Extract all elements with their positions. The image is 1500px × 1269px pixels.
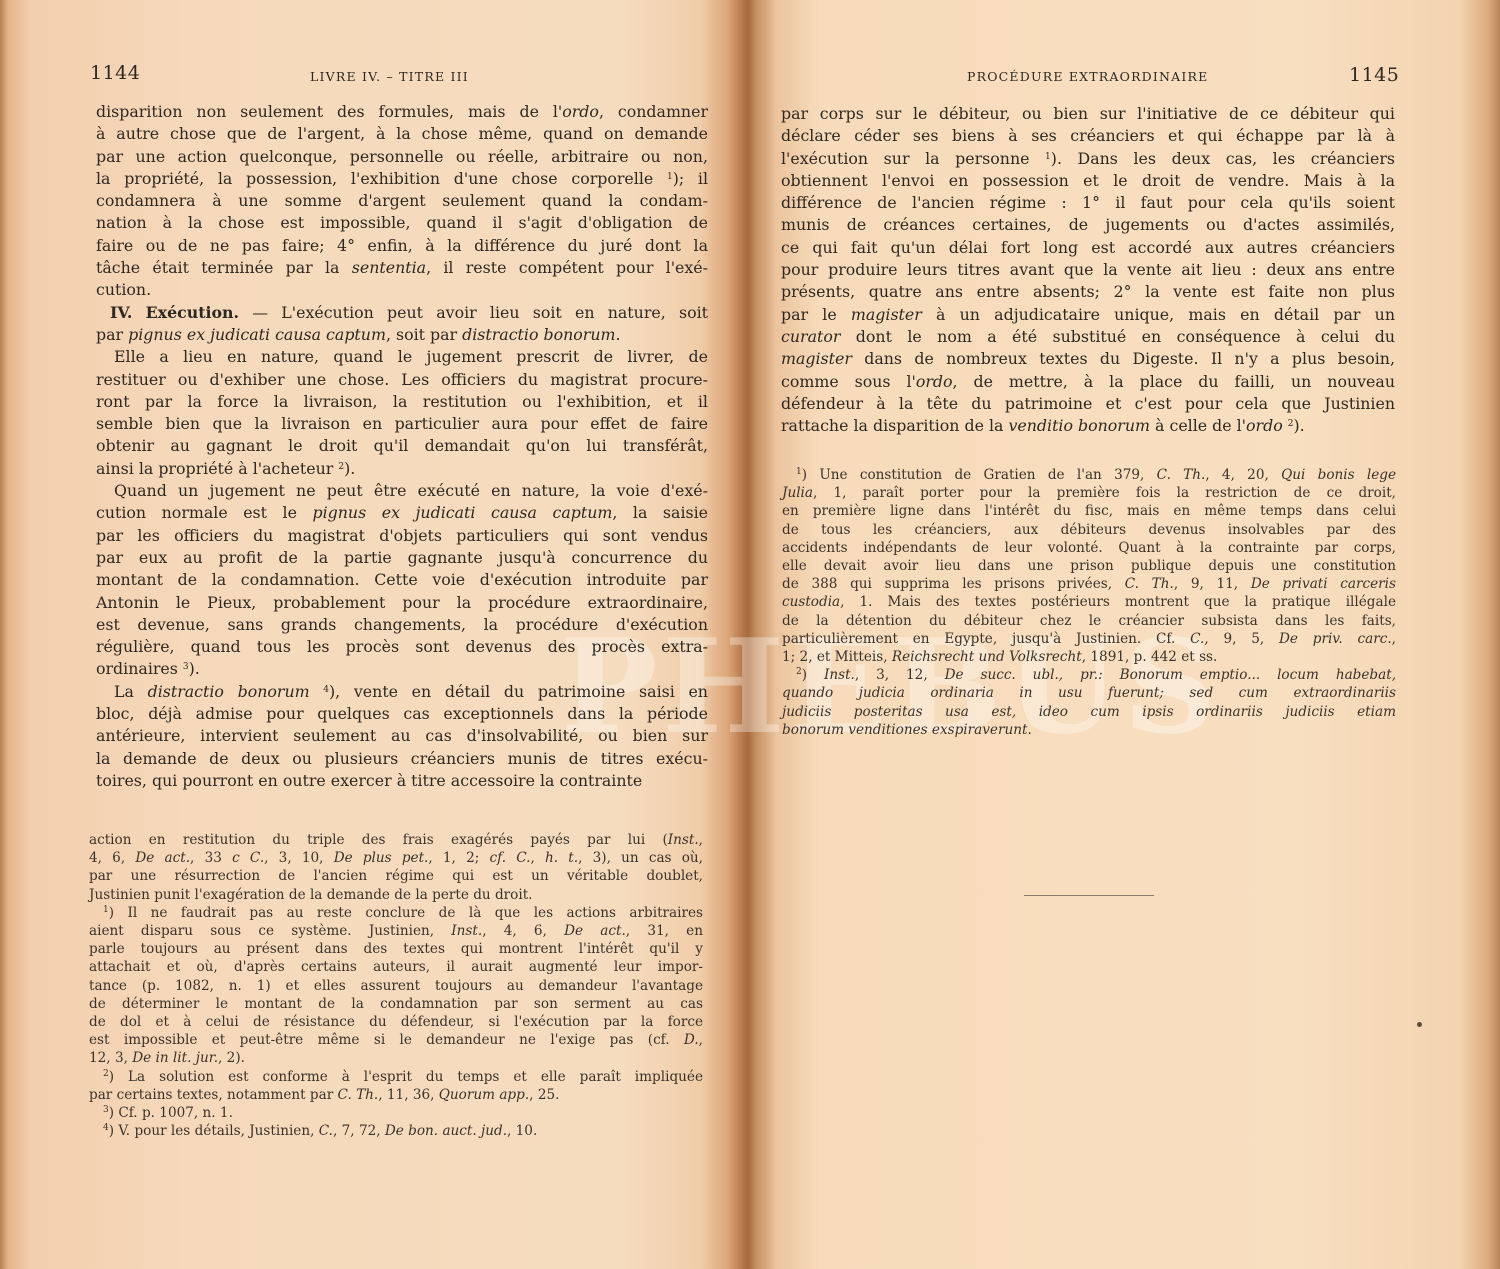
text-line: l'exécution sur la personne 1). Dans les…: [781, 148, 1395, 170]
text-line: accidents indépendants de leur volonté. …: [782, 539, 1396, 557]
text-line: ordinaires 3).: [96, 658, 708, 680]
text-line: ainsi la propriété à l'acheteur 2).: [96, 458, 708, 480]
text-line: Julia, 1, paraît porter pour la première…: [782, 484, 1396, 502]
footnote-marker: 2: [103, 1069, 109, 1079]
text-line: obtiennent l'envoi en possession et le d…: [781, 170, 1395, 192]
text-line: tance (p. 1082, n. 1) et elles assurent …: [89, 977, 703, 995]
text-line: ront par la force la livraison, la resti…: [96, 391, 708, 413]
main-text: disparition non seulement des formules, …: [96, 101, 708, 792]
footnote-continuation: action en restitution du triple des frai…: [89, 831, 703, 904]
main-text: par corps sur le débiteur, ou bien sur l…: [781, 103, 1395, 437]
text-line: aient disparu sous ce système. Justinien…: [89, 922, 703, 940]
text-line: parle toujours au présent dans des texte…: [89, 940, 703, 958]
text-line: 4) V. pour les détails, Justinien, C., 7…: [89, 1122, 703, 1140]
footnote-marker: 3: [103, 1105, 109, 1115]
paragraph-nature: Elle a lieu en nature, quand le jugement…: [96, 346, 708, 480]
text-line: en première ligne dans l'intérêt du fisc…: [782, 502, 1396, 520]
footnote-marker: 4: [103, 1123, 109, 1133]
footnote-list: 1) Une constitution de Gratien de l'an 3…: [782, 466, 1396, 739]
text-line: cution normale est le pignus ex judicati…: [96, 502, 708, 524]
text-line: par pignus ex judicati causa captum, soi…: [96, 324, 708, 346]
text-line: présents, quatre ans entre absents; 2° l…: [781, 281, 1395, 303]
text-line: nation à la chose est impossible, quand …: [96, 212, 708, 234]
text-line: 1) Une constitution de Gratien de l'an 3…: [782, 466, 1396, 484]
text-line: par certains textes, notamment par C. Th…: [89, 1086, 703, 1104]
section-heading-paragraph: IV. Exécution. — L'exécution peut avoir …: [96, 302, 708, 324]
text-line: 1) Il ne faudrait pas au reste conclure …: [89, 904, 703, 922]
text-line: bloc, déjà admise pour quelques cas exce…: [96, 703, 708, 725]
text-line: par une action quelconque, personnelle o…: [96, 146, 708, 168]
text-line: munis de créances certaines, de jugement…: [781, 214, 1395, 236]
text-line: Antonin le Pieux, probablement pour la p…: [96, 592, 708, 614]
footnote-3: 3) Cf. p. 1007, n. 1.: [89, 1104, 703, 1122]
text-line: 1; 2, et Mitteis, Reichsrecht und Volksr…: [782, 648, 1396, 666]
text-line: antérieure, intervient seulement au cas …: [96, 725, 708, 747]
text-line: bonorum venditiones exspiraverunt.: [782, 721, 1396, 739]
text-line: La distractio bonorum 4), vente en détai…: [96, 681, 708, 703]
footnote-list: 1) Il ne faudrait pas au reste conclure …: [89, 904, 703, 1141]
text-line: Justinien punit l'exagération de la dema…: [89, 886, 703, 904]
paragraph-continuation: disparition non seulement des formules, …: [96, 101, 708, 302]
text-line: à autre chose que de l'argent, à la chos…: [96, 123, 708, 145]
text-line: est devenue, sans grands changements, la…: [96, 614, 708, 636]
text-line: attachait et où, d'après certains auteur…: [89, 958, 703, 976]
running-head: PROCÉDURE EXTRAORDINAIRE: [967, 69, 1208, 84]
text-line: 2) Inst., 3, 12, De succ. ubl., pr.: Bon…: [782, 666, 1396, 684]
footnote-2: 2) La solution est conforme à l'esprit d…: [89, 1068, 703, 1104]
text-line: la propriété, la possession, l'exhibitio…: [96, 168, 708, 190]
text-line: déclare céder ses biens à ses créanciers…: [781, 125, 1395, 147]
text-line: elle devait avoir lieu dans une prison p…: [782, 557, 1396, 575]
page-number: 1145: [1349, 64, 1399, 86]
footnote-marker: 1: [103, 905, 109, 915]
text-line: quando judicia ordinaria in usu fuerunt;…: [782, 684, 1396, 702]
text-line: de tous les créanciers, aux débiteurs de…: [782, 521, 1396, 539]
text-line: défendeur à la tête du patrimoine et c'e…: [781, 393, 1395, 415]
text-line: la demande de deux ou plusieurs créancie…: [96, 748, 708, 770]
text-line: judiciis posteritas usa est, ideo cum ip…: [782, 703, 1396, 721]
footnote-4: 4) V. pour les détails, Justinien, C., 7…: [89, 1122, 703, 1140]
text-line: 4, 6, De act., 33 c C., 3, 10, De plus p…: [89, 849, 703, 867]
paragraph-distractio: La distractio bonorum 4), vente en détai…: [96, 681, 708, 792]
text-line: magister dans de nombreux textes du Dige…: [781, 348, 1395, 370]
text-line: particulièrement en Egypte, jusqu'à Just…: [782, 630, 1396, 648]
right-page: PROCÉDURE EXTRAORDINAIRE 1145 par corps …: [752, 0, 1500, 1269]
text-line: pour produire leurs titres avant que la …: [781, 259, 1395, 281]
text-line: est impossible et peut-être même si le d…: [89, 1031, 703, 1049]
text-line: par les officiers du magistrat d'objets …: [96, 525, 708, 547]
page-number: 1144: [90, 62, 140, 84]
text-line: obtenir au gagnant le droit qu'il demand…: [96, 435, 708, 457]
section-title: Exécution.: [146, 303, 239, 322]
text-line: régulière, quand tous les procès sont de…: [96, 636, 708, 658]
book-spread: PHEBUS 1144 LIVRE IV. – TITRE III dispar…: [0, 0, 1500, 1269]
left-page: 1144 LIVRE IV. – TITRE III disparition n…: [0, 0, 745, 1269]
text-line: toires, qui pourront en outre exercer à …: [96, 770, 708, 792]
text-line: de la détention du débiteur chez le créa…: [782, 612, 1396, 630]
end-rule: [1024, 895, 1154, 896]
text-line: Elle a lieu en nature, quand le jugement…: [96, 346, 708, 368]
text-line: Quand un jugement ne peut être exécuté e…: [96, 480, 708, 502]
text-line: par une résurrection de l'ancien régime …: [89, 867, 703, 885]
text-line: tâche était terminée par la sententia, i…: [96, 257, 708, 279]
text-line: ce qui fait qu'un délai fort long est ac…: [781, 237, 1395, 259]
text-line: 12, 3, De in lit. jur., 2).: [89, 1049, 703, 1067]
paragraph-pignus: Quand un jugement ne peut être exécuté e…: [96, 480, 708, 681]
text-line: semble bien que la livraison en particul…: [96, 413, 708, 435]
text-line: curator dont le nom a été substitué en c…: [781, 326, 1395, 348]
paragraph-continuation: par corps sur le débiteur, ou bien sur l…: [781, 103, 1395, 437]
footnotes: 1) Une constitution de Gratien de l'an 3…: [782, 466, 1396, 739]
text-line: montant de la condamnation. Cette voie d…: [96, 569, 708, 591]
footnote-1: 1) Une constitution de Gratien de l'an 3…: [782, 466, 1396, 666]
text-line: par le magister à un adjudicataire uniqu…: [781, 304, 1395, 326]
text-line: restituer ou d'exhiber une chose. Les of…: [96, 369, 708, 391]
text-line: comme sous l'ordo, de mettre, à la place…: [781, 371, 1395, 393]
text-line: faire ou de ne pas faire; 4° enfin, à la…: [96, 235, 708, 257]
text-line: custodia, 1. Mais des textes postérieurs…: [782, 593, 1396, 611]
text-line: par corps sur le débiteur, ou bien sur l…: [781, 103, 1395, 125]
text-line: de déterminer le montant de la condamnat…: [89, 995, 703, 1013]
footnote-marker: 1: [796, 467, 802, 477]
text-line: de dol et à celui de résistance du défen…: [89, 1013, 703, 1031]
text-line: disparition non seulement des formules, …: [96, 101, 708, 123]
text-line: différence de l'ancien régime : 1° il fa…: [781, 192, 1395, 214]
text-line: rattache la disparition de la venditio b…: [781, 415, 1395, 437]
text-line: 2) La solution est conforme à l'esprit d…: [89, 1068, 703, 1086]
paper-speck: [1417, 1022, 1422, 1027]
text-line: de 388 qui supprima les prisons privées,…: [782, 575, 1396, 593]
footnotes: action en restitution du triple des frai…: [89, 831, 703, 1140]
running-head: LIVRE IV. – TITRE III: [310, 69, 469, 84]
text-line: action en restitution du triple des frai…: [89, 831, 703, 849]
footnote-2: 2) Inst., 3, 12, De succ. ubl., pr.: Bon…: [782, 666, 1396, 739]
text-line: cution.: [96, 279, 708, 301]
section-heading-line: IV. Exécution. — L'exécution peut avoir …: [110, 302, 708, 324]
section-number: IV.: [110, 303, 132, 322]
text-line: par eux au profit de la partie gagnante …: [96, 547, 708, 569]
footnote-1: 1) Il ne faudrait pas au reste conclure …: [89, 904, 703, 1068]
text-line: 3) Cf. p. 1007, n. 1.: [89, 1104, 703, 1122]
text-line: condamnera à une somme d'argent seulemen…: [96, 190, 708, 212]
footnote-marker: 2: [796, 667, 802, 677]
